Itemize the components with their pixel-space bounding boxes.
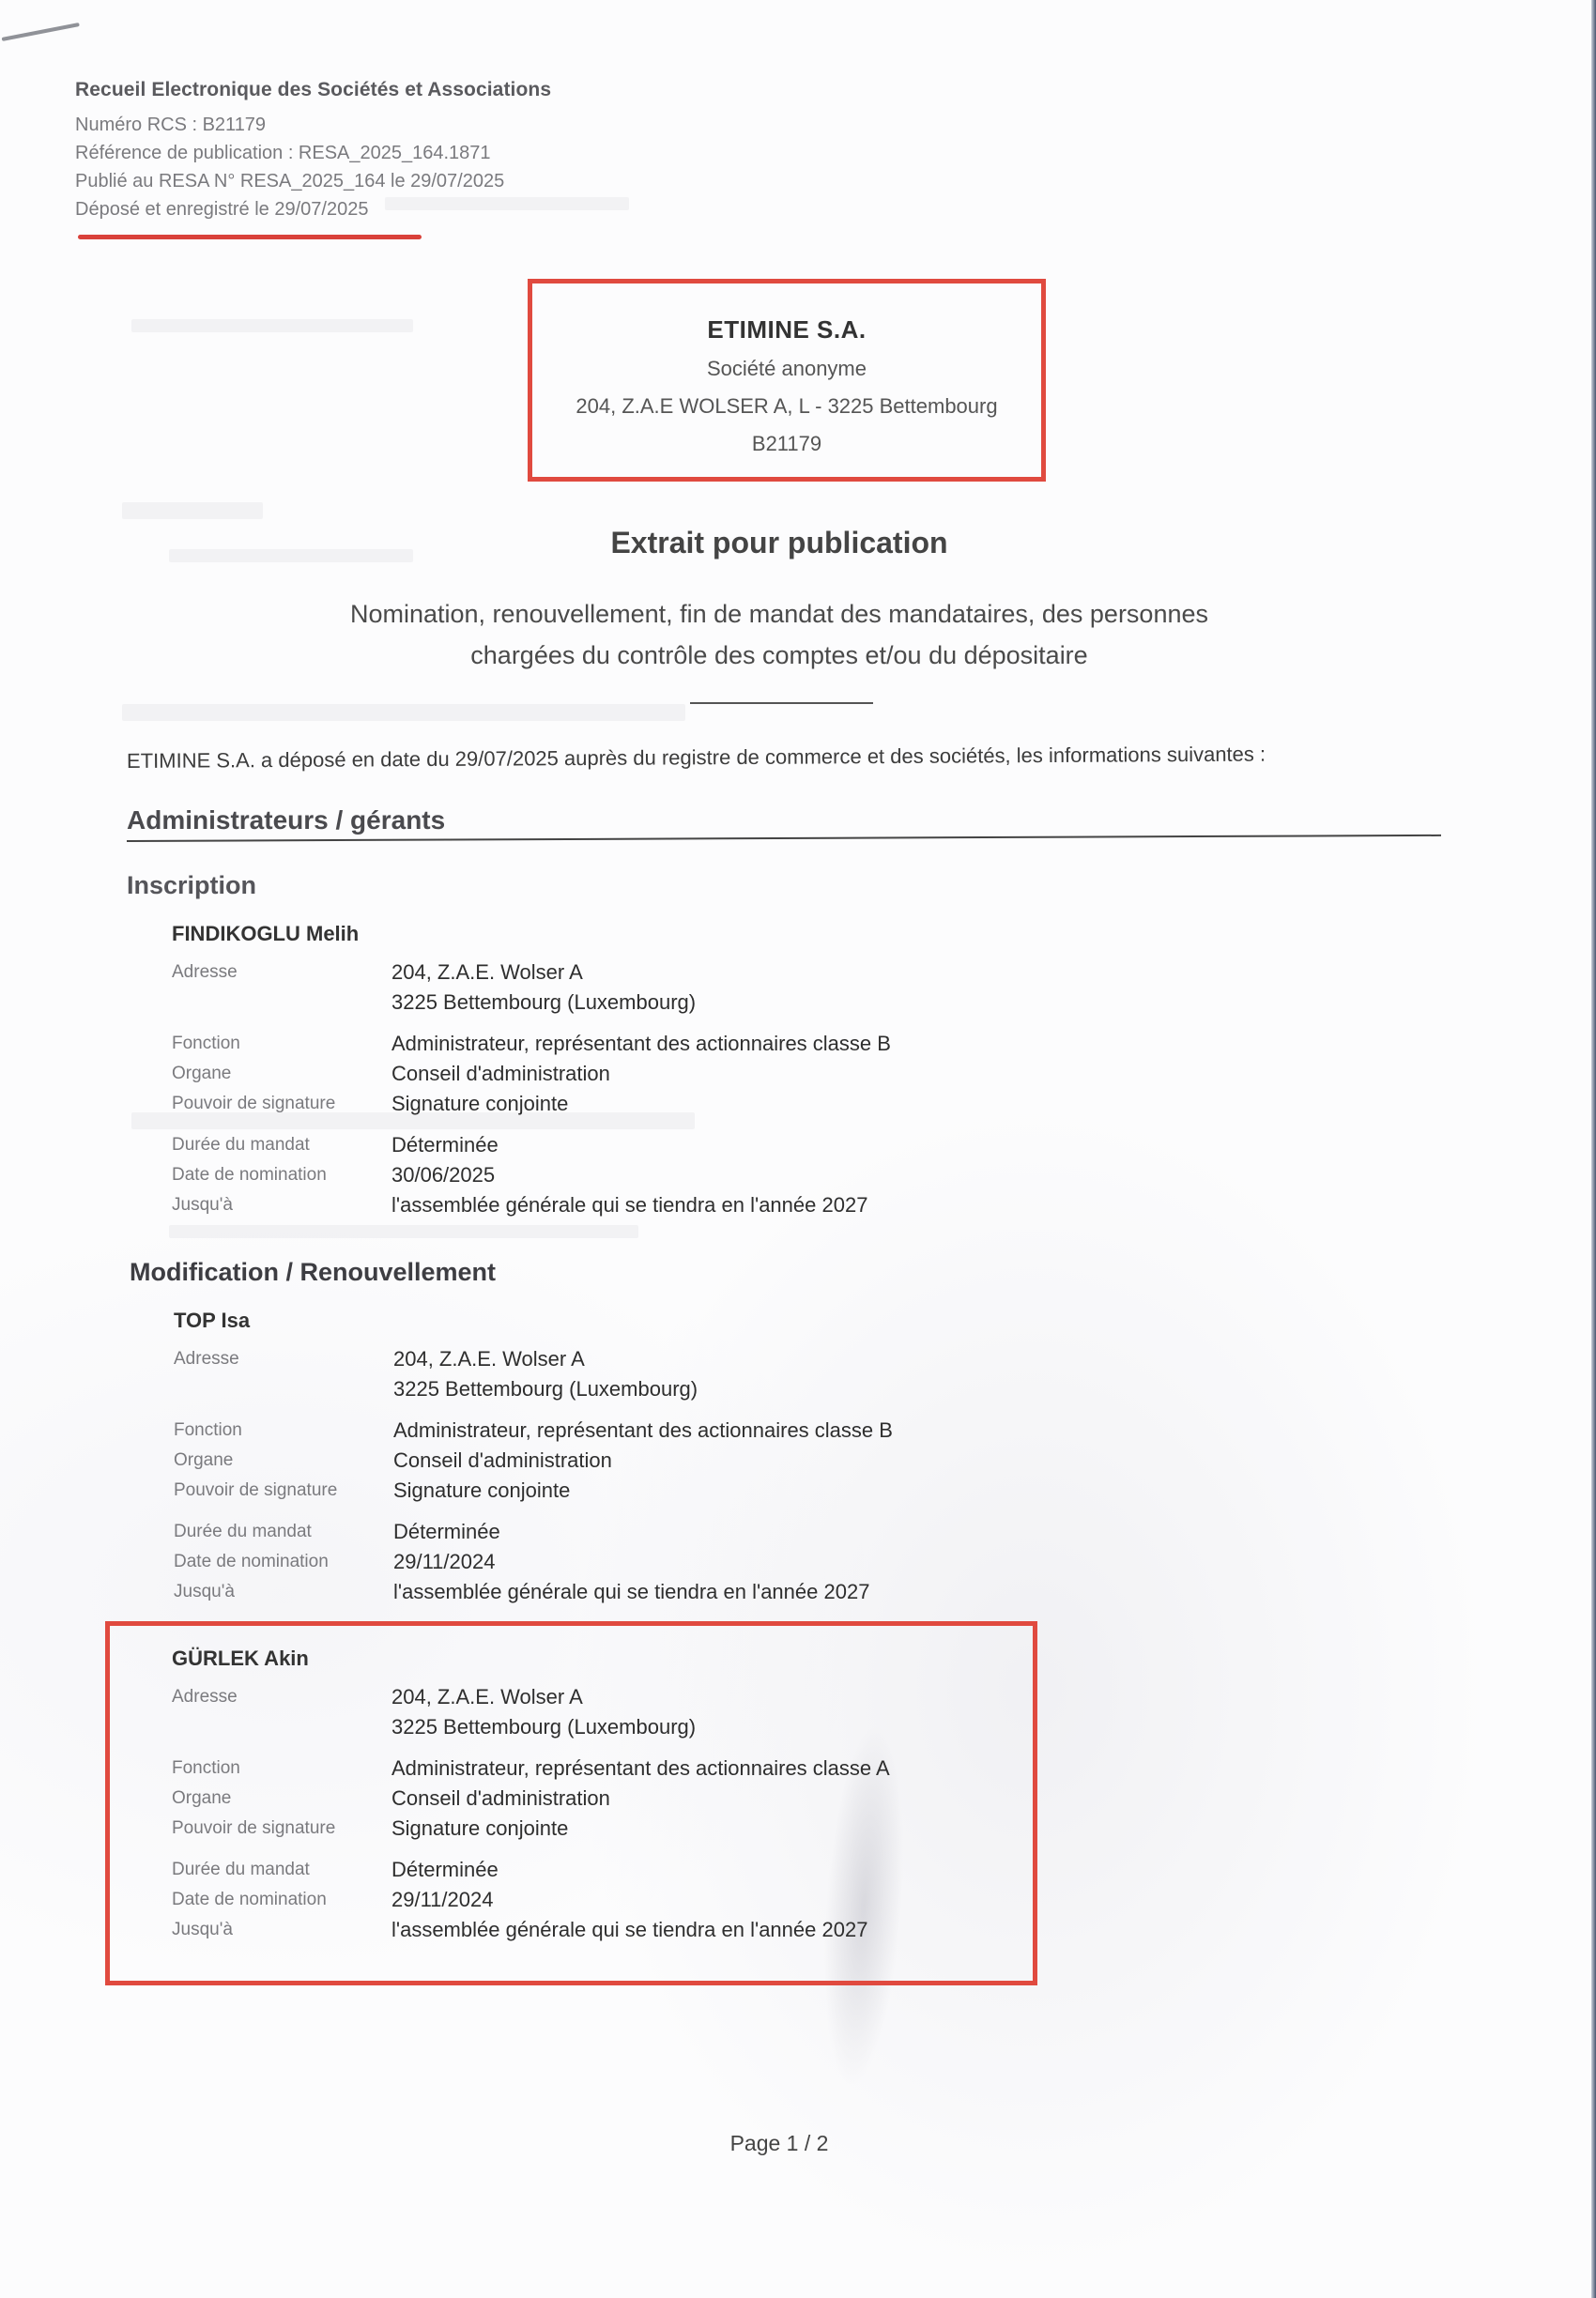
subsection-inscription: Inscription [127, 871, 256, 900]
section-title: Administrateurs / gérants [127, 805, 445, 835]
label-until: Jusqu'à [172, 1190, 391, 1220]
label-address: Adresse [172, 1682, 391, 1712]
source-title: Recueil Electronique des Sociétés et Ass… [75, 79, 638, 101]
subsection-modification: Modification / Renouvellement [130, 1258, 496, 1287]
address-line-2: 3225 Bettembourg (Luxembourg) [391, 1712, 696, 1742]
label-nomination-date: Date de nomination [174, 1547, 393, 1577]
label-duration: Durée du mandat [172, 1130, 391, 1160]
address-line-1: 204, Z.A.E. Wolser A [391, 1682, 583, 1712]
company-highlight-box: ETIMINE S.A. Société anonyme 204, Z.A.E … [528, 279, 1046, 482]
label-until: Jusqu'à [174, 1577, 393, 1607]
page-edge [1591, 0, 1596, 2298]
label-organ: Organe [172, 1059, 391, 1089]
signature-value: Signature conjointe [393, 1476, 570, 1506]
function-value: Administrateur, représentant des actionn… [393, 1416, 893, 1446]
label-address: Adresse [174, 1344, 393, 1374]
label-organ: Organe [174, 1446, 393, 1476]
subtitle-line-2: chargées du contrôle des comptes et/ou d… [272, 635, 1286, 676]
company-name: ETIMINE S.A. [532, 315, 1041, 345]
signature-value: Signature conjointe [391, 1814, 568, 1844]
label-until: Jusqu'à [172, 1915, 391, 1945]
subtitle-line-1: Nomination, renouvellement, fin de manda… [272, 593, 1286, 635]
person-block: GÜRLEK Akin Adresse204, Z.A.E. Wolser A … [127, 1647, 972, 1945]
rcs-number: Numéro RCS : B21179 [75, 111, 638, 139]
label-address: Adresse [172, 957, 391, 988]
filed-date: Déposé et enregistré le 29/07/2025 [75, 195, 638, 223]
person-name: GÜRLEK Akin [172, 1647, 972, 1671]
function-value: Administrateur, représentant des actionn… [391, 1029, 891, 1059]
publication-reference: Référence de publication : RESA_2025_164… [75, 139, 638, 167]
show-through [169, 1225, 638, 1238]
intro-text: ETIMINE S.A. a déposé en date du 29/07/2… [127, 741, 1488, 774]
function-value: Administrateur, représentant des actionn… [391, 1754, 890, 1784]
label-signature: Pouvoir de signature [172, 1089, 391, 1119]
label-function: Fonction [172, 1029, 391, 1059]
duration-value: Déterminée [393, 1517, 500, 1547]
page-number: Page 1 / 2 [0, 2131, 1558, 2156]
address-line-1: 204, Z.A.E. Wolser A [393, 1344, 585, 1374]
label-nomination-date: Date de nomination [172, 1885, 391, 1915]
pen-mark [2, 23, 80, 41]
document-page: Recueil Electronique des Sociétés et Ass… [0, 0, 1596, 2298]
address-line-1: 204, Z.A.E. Wolser A [391, 957, 583, 988]
person-name: FINDIKOGLU Melih [172, 922, 972, 946]
organ-value: Conseil d'administration [393, 1446, 612, 1476]
person-block: FINDIKOGLU Melih Adresse204, Z.A.E. Wols… [127, 922, 972, 1220]
label-function: Fonction [174, 1416, 393, 1446]
red-underline-annotation [78, 235, 422, 239]
show-through [122, 502, 263, 519]
show-through [131, 319, 413, 332]
label-function: Fonction [172, 1754, 391, 1784]
organ-value: Conseil d'administration [391, 1059, 610, 1089]
label-organ: Organe [172, 1784, 391, 1814]
company-address: 204, Z.A.E WOLSER A, L - 3225 Bettembour… [532, 388, 1041, 425]
label-nomination-date: Date de nomination [172, 1160, 391, 1190]
label-signature: Pouvoir de signature [174, 1476, 393, 1506]
person-block: TOP Isa Adresse204, Z.A.E. Wolser A 3225… [129, 1309, 974, 1607]
document-subtitle: Nomination, renouvellement, fin de manda… [272, 593, 1286, 676]
title-divider [690, 702, 873, 704]
published-date: Publié au RESA N° RESA_2025_164 le 29/07… [75, 167, 638, 195]
duration-value: Déterminée [391, 1855, 499, 1885]
nomination-date-value: 29/11/2024 [391, 1885, 493, 1915]
organ-value: Conseil d'administration [391, 1784, 610, 1814]
company-legal-form: Société anonyme [532, 350, 1041, 388]
duration-value: Déterminée [391, 1130, 499, 1160]
nomination-date-value: 29/11/2024 [393, 1547, 495, 1577]
until-value: l'assemblée générale qui se tiendra en l… [391, 1915, 867, 1945]
nomination-date-value: 30/06/2025 [391, 1160, 495, 1190]
address-line-2: 3225 Bettembourg (Luxembourg) [391, 988, 696, 1018]
person-name: TOP Isa [174, 1309, 974, 1333]
company-rcs: B21179 [532, 425, 1041, 463]
document-title: Extrait pour publication [0, 526, 1558, 560]
show-through [122, 704, 685, 721]
label-duration: Durée du mandat [172, 1855, 391, 1885]
label-signature: Pouvoir de signature [172, 1814, 391, 1844]
until-value: l'assemblée générale qui se tiendra en l… [393, 1577, 869, 1607]
label-duration: Durée du mandat [174, 1517, 393, 1547]
address-line-2: 3225 Bettembourg (Luxembourg) [393, 1374, 698, 1404]
section-divider [127, 835, 1441, 842]
signature-value: Signature conjointe [391, 1089, 568, 1119]
publication-meta: Recueil Electronique des Sociétés et Ass… [75, 79, 638, 223]
until-value: l'assemblée générale qui se tiendra en l… [391, 1190, 867, 1220]
